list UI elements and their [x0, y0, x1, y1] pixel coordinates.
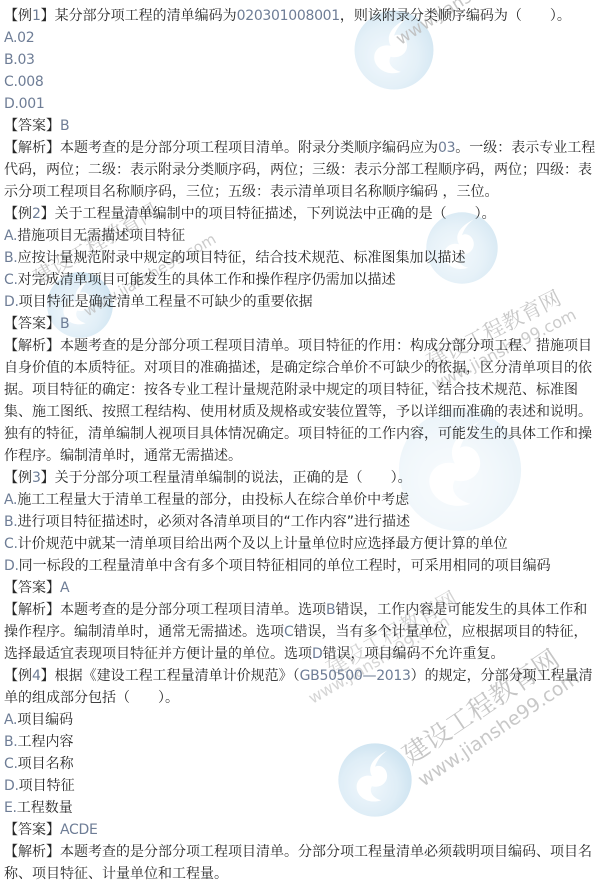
- option-c: C.008: [4, 71, 600, 93]
- option-c: C.项目名称: [4, 753, 600, 775]
- question-stem: 【例3】关于分部分项工程量清单编制的说法，正确的是（ ）。: [4, 467, 600, 489]
- option-a: A.施工工程量大于清单工程量的部分，由投标人在综合单价中考虑: [4, 489, 600, 511]
- answer-line: 【答案】A: [4, 577, 600, 599]
- option-d: D.项目特征: [4, 775, 600, 797]
- option-a: A.02: [4, 27, 600, 49]
- option-d: D.同一标段的工程量清单中含有多个项目特征相同的单位工程时，可采用相同的项目编码: [4, 555, 600, 577]
- option-b: B.工程内容: [4, 731, 600, 753]
- option-b: B.进行项目特征描述时，必须对各清单项目的“工作内容”进行描述: [4, 511, 600, 533]
- option-c: C.计价规范中就某一清单项目给出两个及以上计量单位时应选择最方便计算的单位: [4, 533, 600, 555]
- answer-line: 【答案】ACDE: [4, 819, 600, 841]
- analysis-text: 【解析】本题考查的是分部分项工程项目清单。附录分类顺序编码应为03。一级：表示专…: [4, 137, 600, 203]
- option-a: A.措施项目无需描述项目特征: [4, 225, 600, 247]
- question-block-3: 【例3】关于分部分项工程量清单编制的说法，正确的是（ ）。 A.施工工程量大于清…: [4, 467, 600, 665]
- option-b: B.03: [4, 49, 600, 71]
- option-c: C.对完成清单项目可能发生的具体工作和操作程序仍需加以描述: [4, 269, 600, 291]
- question-block-2: 【例2】关于工程量清单编制中的项目特征描述，下列说法中正确的是（ ）。 A.措施…: [4, 203, 600, 467]
- question-block-4: 【例4】根据《建设工程工程量清单计价规范》（GB50500—2013）的规定，分…: [4, 665, 600, 882]
- question-stem: 【例4】根据《建设工程工程量清单计价规范》（GB50500—2013）的规定，分…: [4, 665, 600, 709]
- answer-line: 【答案】B: [4, 313, 600, 335]
- option-e: E.工程数量: [4, 797, 600, 819]
- exam-document: 【例1】某分部分项工程的清单编码为020301008001，则该附录分类顺序编码…: [0, 0, 600, 882]
- question-stem: 【例1】某分部分项工程的清单编码为020301008001，则该附录分类顺序编码…: [4, 5, 600, 27]
- question-block-1: 【例1】某分部分项工程的清单编码为020301008001，则该附录分类顺序编码…: [4, 5, 600, 203]
- analysis-text: 【解析】本题考查的是分部分项工程项目清单。分部分项工程量清单必须载明项目编码、项…: [4, 841, 600, 882]
- option-b: B.应按计量规范附录中规定的项目特征，结合技术规范、标准图集加以描述: [4, 247, 600, 269]
- analysis-text: 【解析】本题考查的是分部分项工程项目清单。项目特征的作用：构成分部分项工程、措施…: [4, 335, 600, 467]
- question-stem: 【例2】关于工程量清单编制中的项目特征描述，下列说法中正确的是（ ）。: [4, 203, 600, 225]
- answer-line: 【答案】B: [4, 115, 600, 137]
- option-d: D.项目特征是确定清单工程量不可缺少的重要依据: [4, 291, 600, 313]
- option-d: D.001: [4, 93, 600, 115]
- analysis-text: 【解析】本题考查的是分部分项工程项目清单。选项B错误，工作内容是可能发生的具体工…: [4, 599, 600, 665]
- option-a: A.项目编码: [4, 709, 600, 731]
